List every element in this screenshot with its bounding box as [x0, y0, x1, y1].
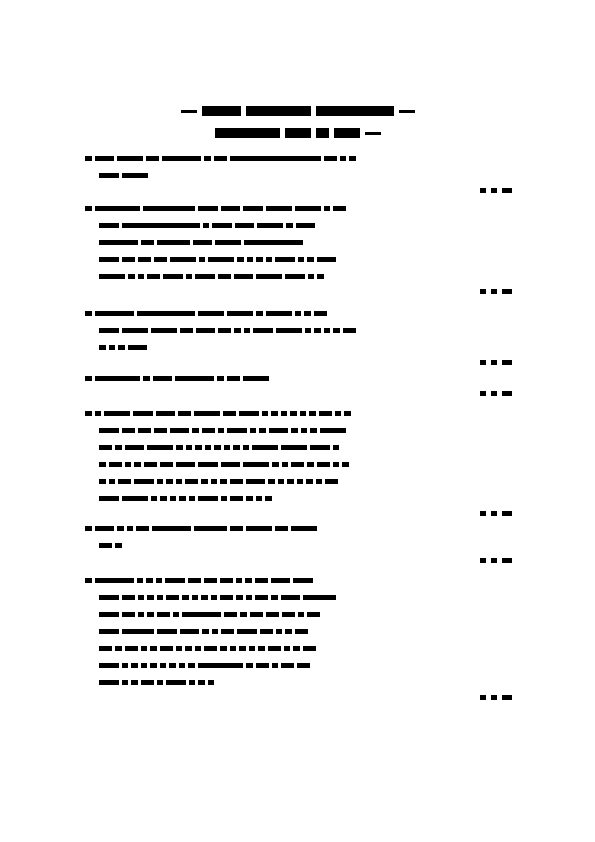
text-line [85, 606, 515, 623]
text-line [85, 640, 515, 657]
text-line [85, 234, 515, 251]
paragraph [85, 572, 515, 691]
end-marker [480, 360, 512, 365]
text-line [85, 200, 515, 217]
title-line [0, 100, 595, 122]
text-line [85, 217, 515, 234]
end-marker [480, 511, 512, 516]
text-line [85, 674, 515, 691]
text-line [85, 150, 515, 167]
text-line [85, 473, 515, 490]
paragraph [85, 370, 515, 387]
end-marker [480, 289, 512, 294]
title-line [0, 122, 595, 144]
text-line [85, 405, 515, 422]
text-line [85, 268, 515, 285]
text-line [85, 305, 515, 322]
text-line [85, 657, 515, 674]
document-page [0, 0, 595, 842]
paragraph [85, 305, 515, 356]
end-marker [480, 695, 512, 700]
text-line [85, 589, 515, 606]
paragraph [85, 200, 515, 285]
text-line [85, 572, 515, 589]
paragraph [85, 150, 515, 184]
text-line [85, 422, 515, 439]
text-line [85, 623, 515, 640]
text-line [85, 322, 515, 339]
end-marker [480, 558, 512, 563]
text-line [85, 370, 515, 387]
text-line [85, 339, 515, 356]
text-line [85, 167, 515, 184]
document-title [0, 100, 595, 144]
text-line [85, 490, 515, 507]
end-marker [480, 391, 512, 396]
text-line [85, 456, 515, 473]
text-line [85, 537, 515, 554]
paragraph [85, 520, 515, 554]
text-line [85, 520, 515, 537]
paragraph [85, 405, 515, 507]
text-line [85, 439, 515, 456]
text-line [85, 251, 515, 268]
end-marker [480, 188, 512, 193]
